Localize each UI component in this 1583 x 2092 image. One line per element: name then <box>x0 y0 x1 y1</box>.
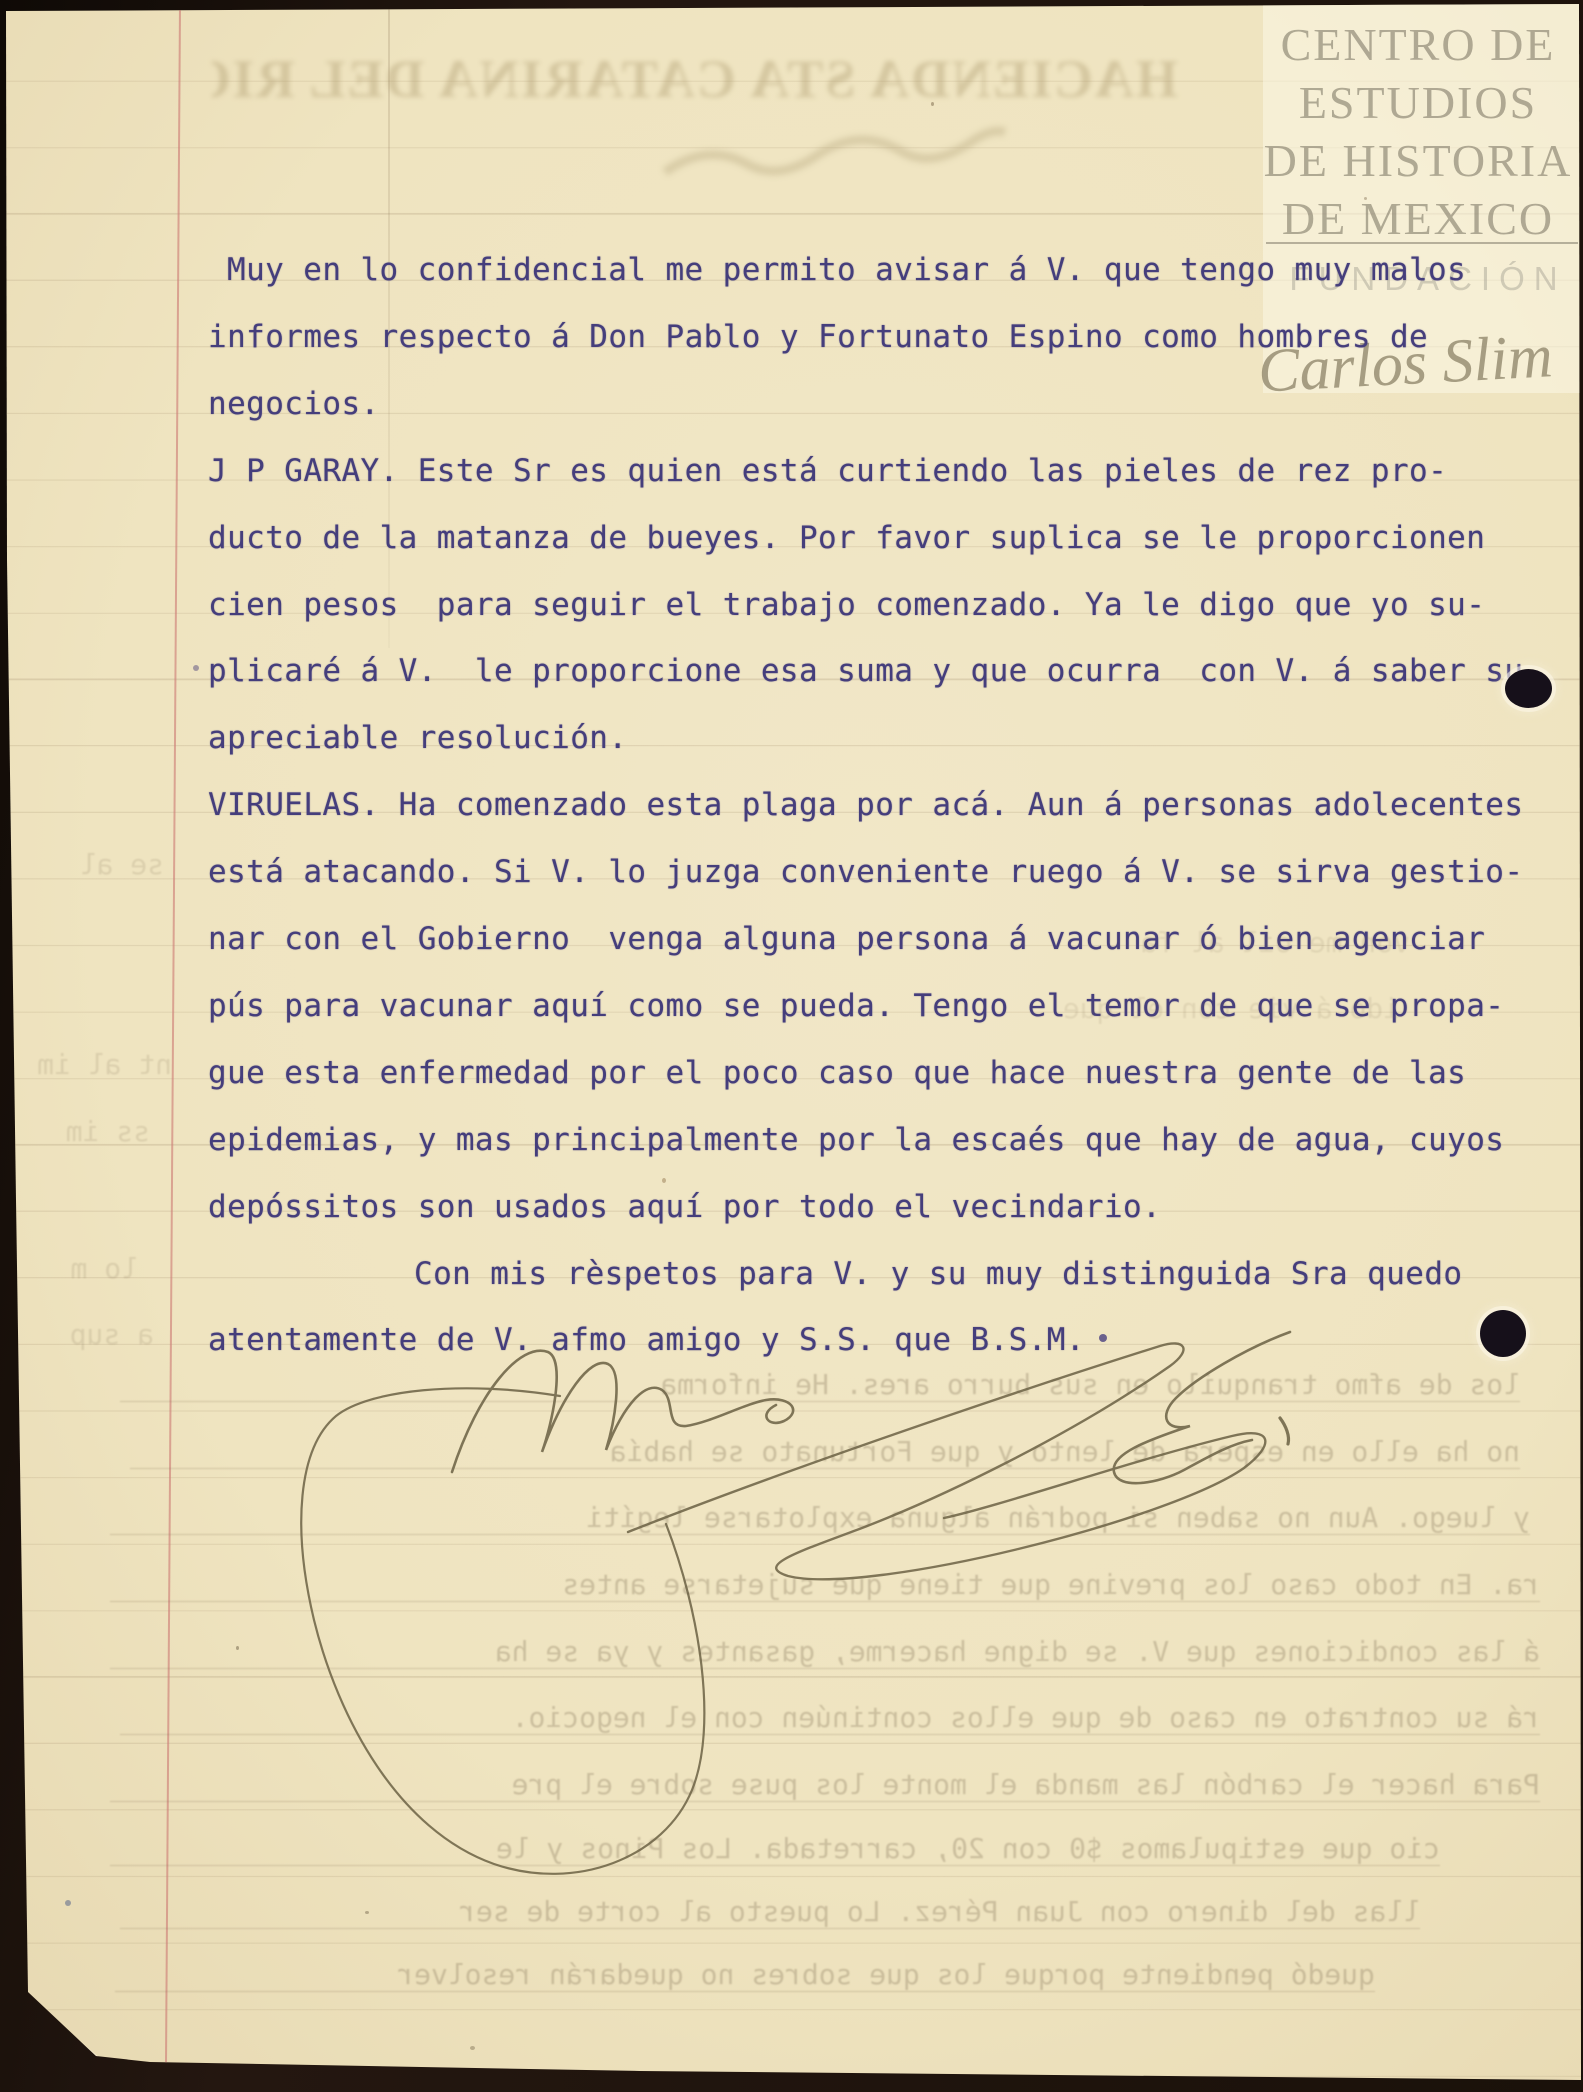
paper-speck <box>662 1178 666 1183</box>
ink-dot <box>65 1900 71 1906</box>
ink-dot <box>193 665 199 671</box>
hole-punch-top <box>1505 669 1552 708</box>
letter-page: HACIENDA STA CATARINA DEL RIO Y ANEXAS. … <box>0 0 1583 2092</box>
paper-speck <box>1364 197 1367 200</box>
scanned-letter-photo: HACIENDA STA CATARINA DEL RIO Y ANEXAS. … <box>0 0 1583 2092</box>
hole-punch-bottom <box>1480 1310 1526 1357</box>
ink-dot <box>1099 1334 1107 1342</box>
paper-speck <box>236 1646 239 1650</box>
paper-speck <box>931 102 934 106</box>
paper-speck <box>365 1911 369 1914</box>
handwritten-signature <box>0 0 1583 2092</box>
paper-speck <box>470 2046 475 2050</box>
